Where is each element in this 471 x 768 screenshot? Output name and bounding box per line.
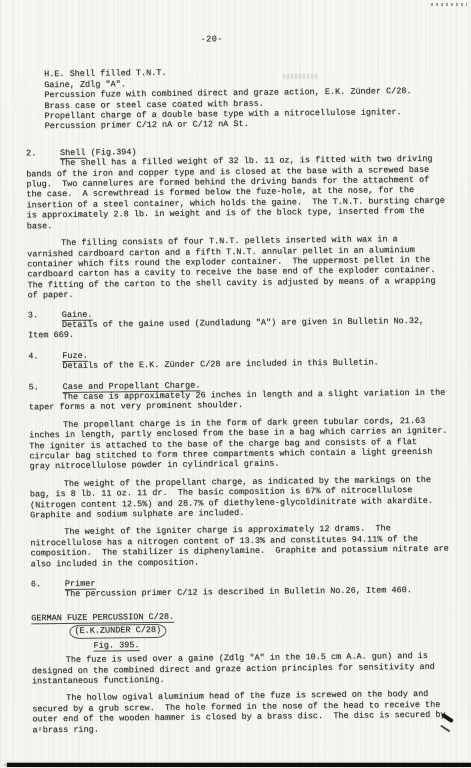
page-content: -20- H.E. Shell filled T.N.T. Gaine, Zdl… bbox=[24, 0, 452, 742]
scan-edge-bar bbox=[7, 763, 471, 767]
item-number: 3. bbox=[28, 310, 62, 321]
section-german-fuze: GERMAN FUZE PERCUSSION C/28. (E.K.ZUNDER… bbox=[31, 608, 452, 735]
paragraph: The weight of the igniter charge is appr… bbox=[30, 523, 450, 569]
paragraph: The case is approximately 26 inches in l… bbox=[29, 388, 449, 414]
paragraph: The propellant charge is in the form of … bbox=[29, 415, 450, 472]
list-item-shell: 2.Shell (Fig.394) The shell has a filled… bbox=[26, 143, 448, 300]
list-item-fuze: 4.Fuze. Details of the E.K. Zünder C/28 … bbox=[28, 346, 448, 372]
paragraph: The hollow ogival aluminium head of the … bbox=[32, 689, 452, 735]
page-number: -20- bbox=[24, 0, 444, 47]
section-subtitle: (E.K.ZUNDER C/28) bbox=[69, 624, 166, 639]
item-number: 6. bbox=[31, 579, 65, 590]
paragraph: The shell has a filled weight of 32 lb. … bbox=[26, 154, 447, 232]
section-title: GERMAN FUZE PERCUSSION C/28. bbox=[31, 612, 174, 625]
paragraph: The filling consists of four T.N.T. pell… bbox=[27, 234, 448, 301]
list-item-primer: 6.Primer The percussion primer C/12 is d… bbox=[31, 575, 451, 601]
paragraph: The fuze is used over a gaine (Zdlg "A" … bbox=[32, 651, 452, 687]
item-number: 4. bbox=[28, 351, 62, 362]
item-heading-suffix: (Fig.394) bbox=[85, 147, 136, 158]
item-number: 2. bbox=[26, 148, 60, 159]
paragraph: The weight of the propellant charge, as … bbox=[30, 474, 450, 520]
figure-reference: Fig. 395. bbox=[93, 640, 139, 652]
scanned-document-page: -20- H.E. Shell filled T.N.T. Gaine, Zdl… bbox=[0, 0, 471, 768]
paragraph: Details of the gaine used (Zundladung "A… bbox=[28, 316, 448, 342]
list-item-case-propellant: 5.Case and Propellant Charge. The case i… bbox=[29, 377, 451, 569]
item-number: 5. bbox=[29, 382, 63, 393]
list-item-gaine: 3.Gaine. Details of the gaine used (Zund… bbox=[28, 305, 448, 341]
summary-block: H.E. Shell filled T.N.T. Gaine, Zdlg "A"… bbox=[44, 65, 446, 132]
